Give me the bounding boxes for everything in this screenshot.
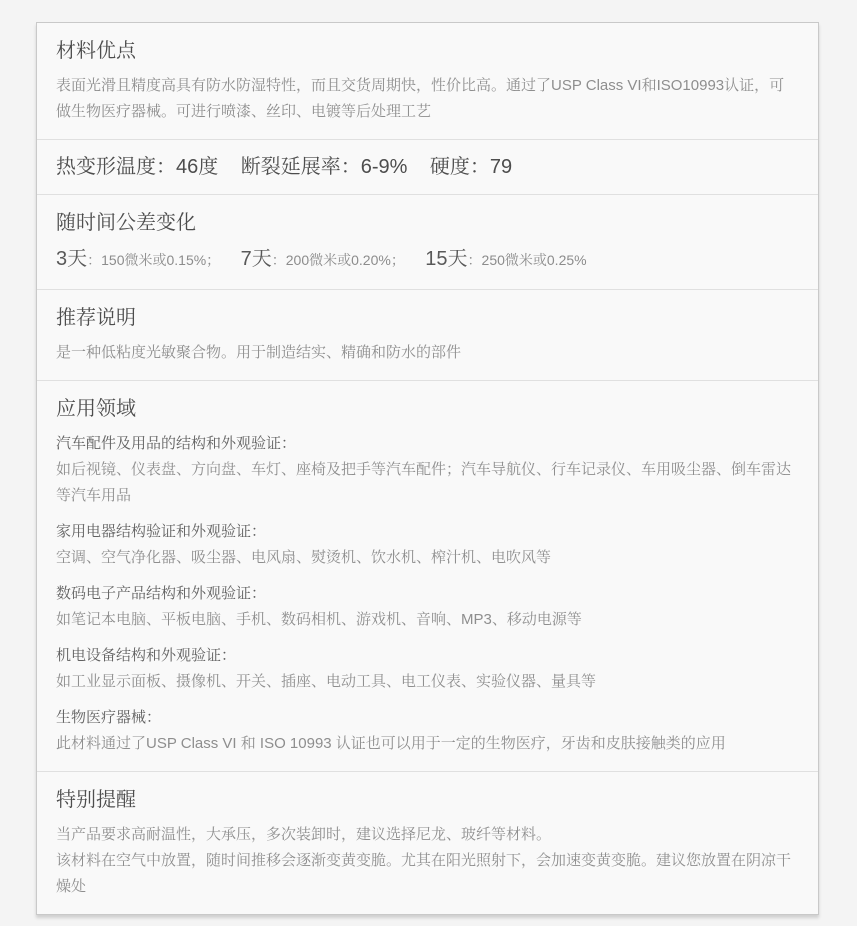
application-group-home-appliance: 家用电器结构验证和外观验证： 空调、空气净化器、吸尘器、电风扇、熨烫机、饮水机、… [56, 519, 799, 571]
tolerance-day-15: 15天 [425, 248, 467, 270]
section-application-areas: 应用领域 汽车配件及用品的结构和外观验证： 如后视镜、仪表盘、方向盘、车灯、座椅… [37, 381, 818, 772]
application-group-heading: 家用电器结构验证和外观验证： [56, 519, 799, 545]
tolerance-value-15: ：250微米或0.25% [468, 252, 587, 268]
application-group-automotive: 汽车配件及用品的结构和外观验证： 如后视镜、仪表盘、方向盘、车灯、座椅及把手等汽… [56, 431, 799, 509]
tolerance-value-7: ：200微米或0.20%； [272, 252, 405, 268]
recommendation-body: 是一种低粘度光敏聚合物。用于制造结实、精确和防水的部件 [56, 340, 799, 366]
application-group-heading: 数码电子产品结构和外观验证： [56, 581, 799, 607]
material-advantages-title: 材料优点 [56, 37, 799, 65]
application-group-body: 如后视镜、仪表盘、方向盘、车灯、座椅及把手等汽车配件；汽车导航仪、行车记录仪、车… [56, 457, 799, 509]
page-background: 材料优点 表面光滑且精度高具有防水防湿特性，而且交货周期快，性价比高。通过了US… [0, 0, 857, 926]
application-group-heading: 生物医疗器械： [56, 705, 799, 731]
application-group-electromechanical: 机电设备结构和外观验证： 如工业显示面板、摄像机、开关、插座、电动工具、电工仪表… [56, 643, 799, 695]
tolerance-value-3: ：150微米或0.15%； [87, 252, 220, 268]
application-group-heading: 机电设备结构和外观验证： [56, 643, 799, 669]
property-heat-deflection: 热变形温度：46度 [56, 156, 218, 178]
application-group-biomedical: 生物医疗器械： 此材料通过了USP Class VI 和 ISO 10993 认… [56, 705, 799, 757]
application-group-body: 如工业显示面板、摄像机、开关、插座、电动工具、电工仪表、实验仪器、量具等 [56, 669, 799, 695]
special-reminder-line-1: 当产品要求高耐温性，大承压，多次装卸时，建议选择尼龙、玻纤等材料。 [56, 822, 799, 848]
section-material-advantages: 材料优点 表面光滑且精度高具有防水防湿特性，而且交货周期快，性价比高。通过了US… [37, 23, 818, 140]
application-title: 应用领域 [56, 395, 799, 423]
tolerance-title: 随时间公差变化 [56, 209, 799, 237]
application-group-body: 此材料通过了USP Class VI 和 ISO 10993 认证也可以用于一定… [56, 731, 799, 757]
section-recommendation: 推荐说明 是一种低粘度光敏聚合物。用于制造结实、精确和防水的部件 [37, 290, 818, 381]
tolerance-values-line: 3天：150微米或0.15%； 7天：200微米或0.20%； 15天：250微… [56, 245, 799, 275]
special-reminder-title: 特别提醒 [56, 786, 799, 814]
property-elongation: 断裂延展率：6-9% [241, 156, 408, 178]
material-spec-panel: 材料优点 表面光滑且精度高具有防水防湿特性，而且交货周期快，性价比高。通过了US… [36, 22, 819, 915]
application-group-heading: 汽车配件及用品的结构和外观验证： [56, 431, 799, 457]
material-advantages-body: 表面光滑且精度高具有防水防湿特性，而且交货周期快，性价比高。通过了USP Cla… [56, 73, 799, 125]
recommendation-title: 推荐说明 [56, 304, 799, 332]
tolerance-day-7: 7天 [241, 248, 272, 270]
section-physical-properties: 热变形温度：46度 断裂延展率：6-9% 硬度：79 [37, 140, 818, 195]
application-group-body: 如笔记本电脑、平板电脑、手机、数码相机、游戏机、音响、MP3、移动电源等 [56, 607, 799, 633]
special-reminder-line-2: 该材料在空气中放置，随时间推移会逐渐变黄变脆。尤其在阳光照射下，会加速变黄变脆。… [56, 848, 799, 900]
application-group-body: 空调、空气净化器、吸尘器、电风扇、熨烫机、饮水机、榨汁机、电吹风等 [56, 545, 799, 571]
property-hardness: 硬度：79 [430, 156, 512, 178]
section-special-reminder: 特别提醒 当产品要求高耐温性，大承压，多次装卸时，建议选择尼龙、玻纤等材料。 该… [37, 772, 818, 914]
section-tolerance-change: 随时间公差变化 3天：150微米或0.15%； 7天：200微米或0.20%； … [37, 195, 818, 290]
tolerance-day-3: 3天 [56, 248, 87, 270]
application-group-digital-electronics: 数码电子产品结构和外观验证： 如笔记本电脑、平板电脑、手机、数码相机、游戏机、音… [56, 581, 799, 633]
